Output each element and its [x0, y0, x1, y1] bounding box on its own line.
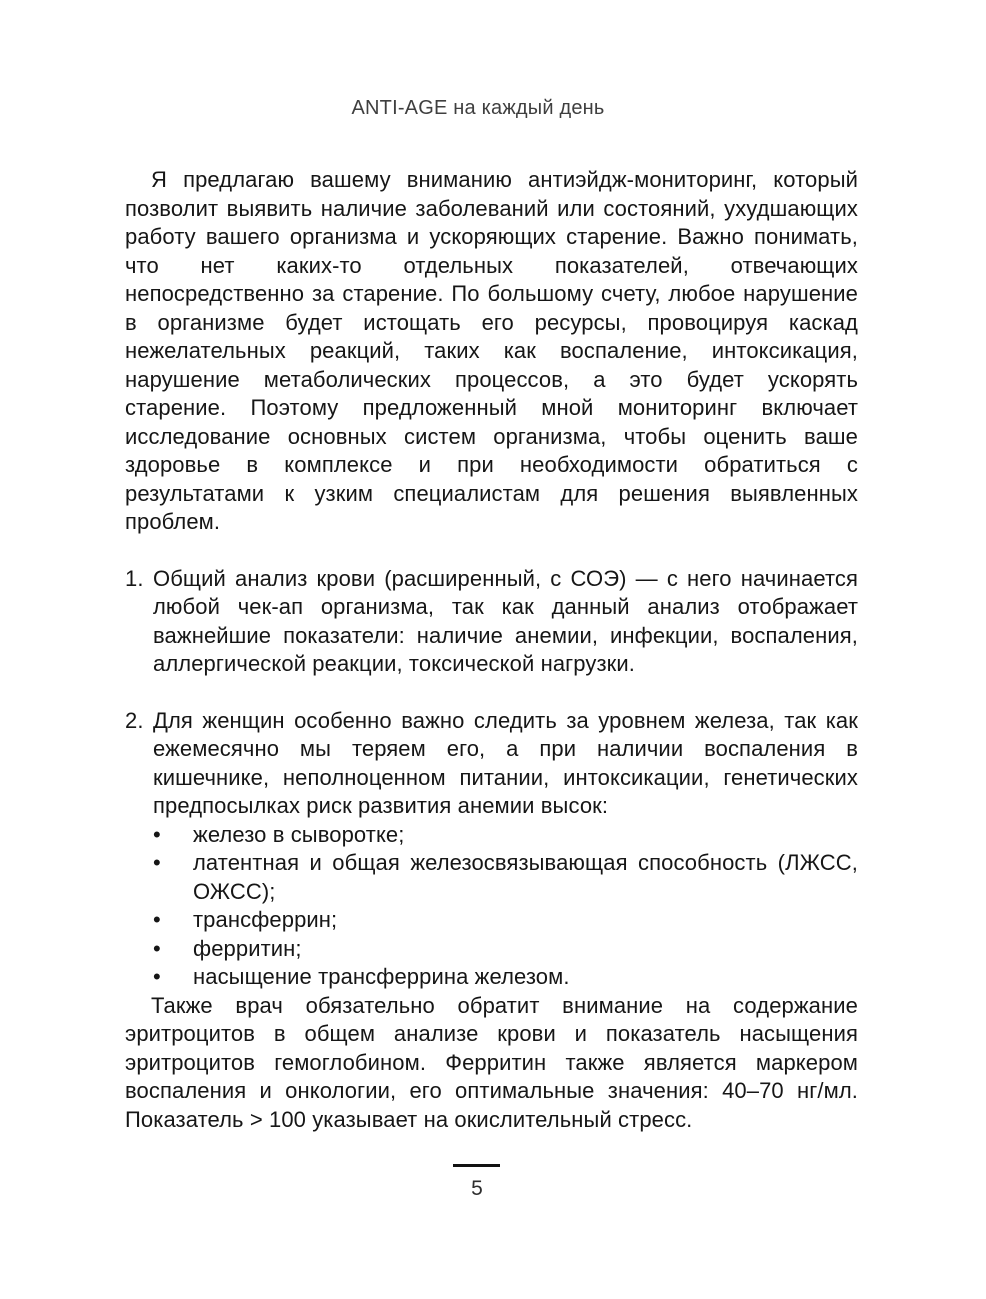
bullet-item-text: трансферрин;	[193, 906, 858, 935]
footer-divider	[453, 1164, 500, 1167]
running-header: ANTI-AGE на каждый день	[0, 96, 956, 120]
bullet-icon: •	[153, 935, 193, 964]
bullet-list: • железо в сыворотке; • латентная и обща…	[125, 821, 858, 992]
bullet-icon: •	[153, 963, 193, 992]
bullet-item-text: ферритин;	[193, 935, 858, 964]
closing-paragraph: Также врач обязательно обратит внимание …	[125, 992, 858, 1135]
numbered-item-2: 2. Для женщин особенно важно следить за …	[125, 707, 858, 821]
book-page: ANTI-AGE на каждый день Я предлагаю ваше…	[0, 0, 986, 1299]
bullet-item-text: насыщение трансферрина железом.	[193, 963, 858, 992]
bullet-icon: •	[153, 906, 193, 935]
intro-paragraph: Я предлагаю вашему вниманию антиэйдж-мон…	[125, 166, 858, 537]
numbered-item-2-text: Для женщин особенно важно следить за уро…	[153, 707, 858, 821]
bullet-item-text: латентная и общая железосвязывающая спос…	[193, 849, 858, 906]
bullet-icon: •	[153, 849, 193, 878]
page-number: 5	[0, 1176, 954, 1202]
numbered-item-2-number: 2.	[125, 707, 153, 736]
page-content: Я предлагаю вашему вниманию антиэйдж-мон…	[125, 166, 858, 1134]
numbered-item-1-number: 1.	[125, 565, 153, 594]
bullet-item: • насыщение трансферрина железом.	[125, 963, 858, 992]
numbered-item-1-text: Общий анализ крови (расширенный, с СОЭ) …	[153, 565, 858, 679]
bullet-icon: •	[153, 821, 193, 850]
bullet-item: • латентная и общая железосвязывающая сп…	[125, 849, 858, 906]
numbered-item-1: 1. Общий анализ крови (расширенный, с СО…	[125, 565, 858, 679]
bullet-item: • железо в сыворотке;	[125, 821, 858, 850]
bullet-item: • ферритин;	[125, 935, 858, 964]
bullet-item: • трансферрин;	[125, 906, 858, 935]
bullet-item-text: железо в сыворотке;	[193, 821, 858, 850]
